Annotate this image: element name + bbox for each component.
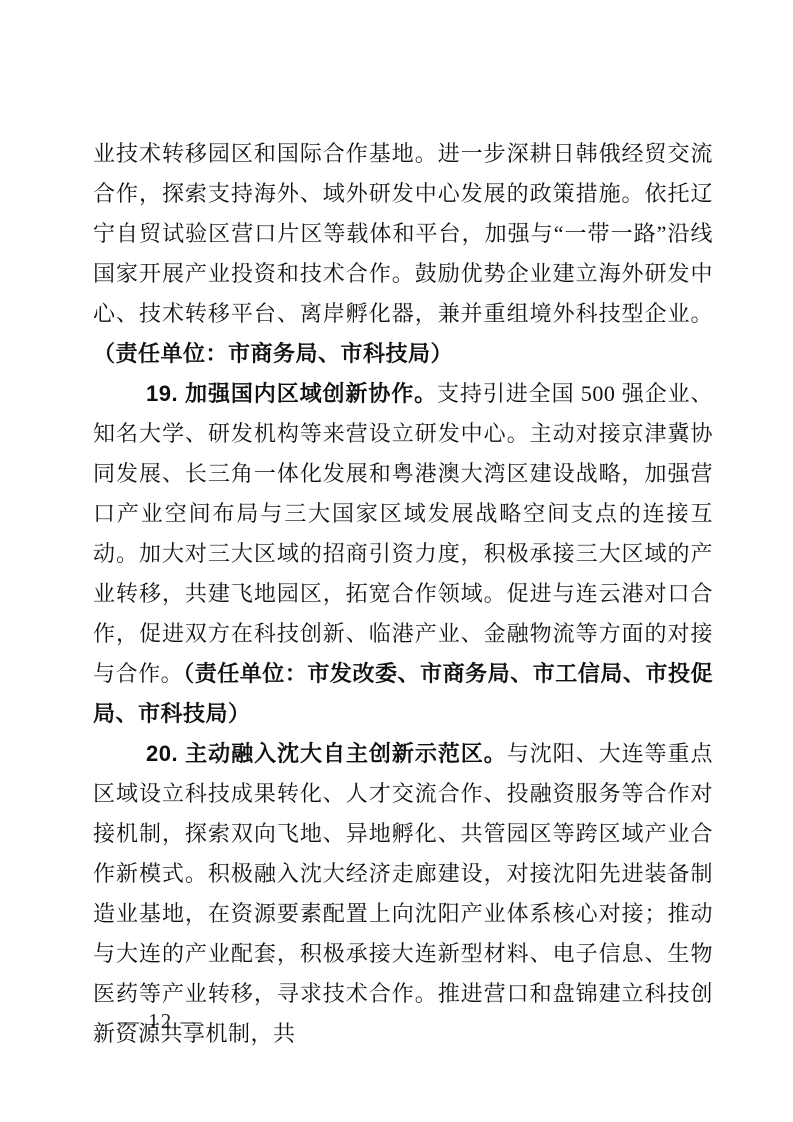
page-number: — 12 — — [118, 1006, 204, 1036]
body-text-segment: 支持引进全国 500 强企业、知名大学、研发机构等来营设立研发中心。主动对接京津… — [93, 381, 713, 686]
paragraph-item-19: 19. 加强国内区域创新协作。支持引进全国 500 强企业、知名大学、研发机构等… — [93, 374, 713, 734]
body-text-segment: 业技术转移园区和国际合作基地。进一步深耕日韩俄经贸交流合作，探索支持海外、域外研… — [93, 141, 713, 326]
responsibility-unit-label: （责任单位：市商务局、市科技局） — [93, 341, 453, 366]
document-page: 业技术转移园区和国际合作基地。进一步深耕日韩俄经贸交流合作，探索支持海外、域外研… — [0, 0, 793, 1122]
paragraph-continuation: 业技术转移园区和国际合作基地。进一步深耕日韩俄经贸交流合作，探索支持海外、域外研… — [93, 134, 713, 374]
body-text-segment: 与沈阳、大连等重点区域设立科技成果转化、人才交流合作、投融资服务等合作对接机制，… — [93, 741, 713, 1046]
item-19-heading: 19. 加强国内区域创新协作。 — [146, 381, 437, 406]
item-20-heading: 20. 主动融入沈大自主创新示范区。 — [146, 741, 507, 766]
responsibility-unit-label: （责任单位：市发改委、市商务局、市工信局、市投促局、市科技局） — [93, 661, 713, 726]
document-text-block: 业技术转移园区和国际合作基地。进一步深耕日韩俄经贸交流合作，探索支持海外、域外研… — [93, 134, 713, 1054]
